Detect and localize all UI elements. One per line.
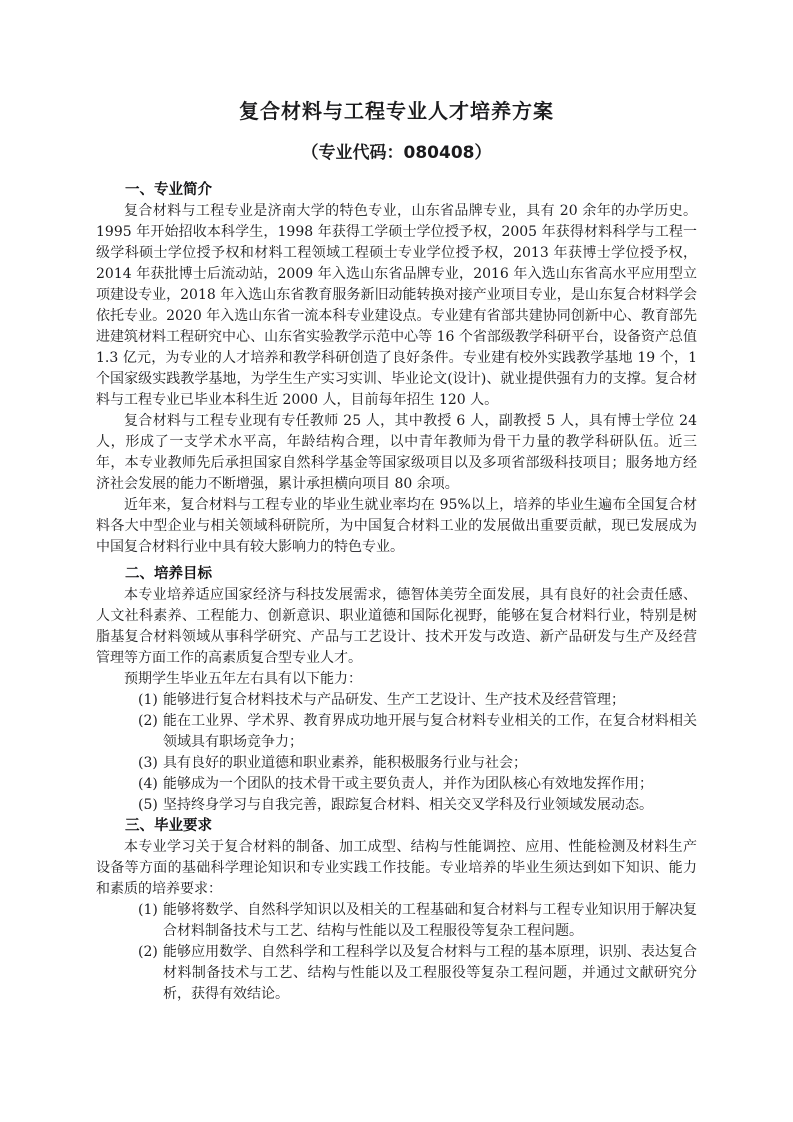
list-item-marker: (1) bbox=[138, 900, 158, 921]
list-item-marker: (2) bbox=[138, 942, 158, 963]
list-item: (5) 坚持终身学习与自我完善，跟踪复合材料、相关交叉学科及行业领域发展动态。 bbox=[96, 795, 697, 816]
section-heading-major-intro: 一、专业简介 bbox=[96, 180, 697, 201]
ability-list: (1) 能够进行复合材料技术与产品研发、生产工艺设计、生产技术及经营管理； (2… bbox=[96, 690, 697, 816]
section-heading-graduation-requirements: 三、毕业要求 bbox=[96, 816, 697, 837]
list-item: (2) 能在工业界、学术界、教育界成功地开展与复合材料专业相关的工作，在复合材料… bbox=[96, 711, 697, 753]
list-item-marker: (1) bbox=[138, 690, 158, 711]
list-item-marker: (5) bbox=[138, 795, 158, 816]
list-item-text: 能够将数学、自然科学知识以及相关的工程基础和复合材料与工程专业知识用于解决复合材… bbox=[163, 902, 697, 939]
paragraph: 本专业培养适应国家经济与科技发展需求，德智体美劳全面发展，具有良好的社会责任感、… bbox=[96, 585, 697, 669]
list-item: (2) 能够应用数学、自然科学和工程科学以及复合材料与工程的基本原理，识别、表达… bbox=[96, 942, 697, 1005]
document-content: 复合材料与工程专业人才培养方案 （专业代码：080408） 一、专业简介 复合材… bbox=[96, 0, 697, 1005]
paragraph: 本专业学习关于复合材料的制备、加工成型、结构与性能调控、应用、性能检测及材料生产… bbox=[96, 837, 697, 900]
paragraph: 复合材料与工程专业现有专任教师 25 人，其中教授 6 人，副教授 5 人，具有… bbox=[96, 411, 697, 495]
paragraph: 近年来，复合材料与工程专业的毕业生就业率均在 95%以上，培养的毕业生遍布全国复… bbox=[96, 495, 697, 558]
requirement-list: (1) 能够将数学、自然科学知识以及相关的工程基础和复合材料与工程专业知识用于解… bbox=[96, 900, 697, 1005]
list-item-text: 能够应用数学、自然科学和工程科学以及复合材料与工程的基本原理，识别、表达复合材料… bbox=[163, 944, 697, 1002]
document-page: 复合材料与工程专业人才培养方案 （专业代码：080408） 一、专业简介 复合材… bbox=[0, 0, 793, 1122]
list-item-text: 能在工业界、学术界、教育界成功地开展与复合材料专业相关的工作，在复合材料相关领域… bbox=[163, 713, 697, 750]
paragraph: 预期学生毕业五年左右具有以下能力： bbox=[96, 669, 697, 690]
list-item-marker: (2) bbox=[138, 711, 158, 732]
list-item: (1) 能够进行复合材料技术与产品研发、生产工艺设计、生产技术及经营管理； bbox=[96, 690, 697, 711]
list-item: (1) 能够将数学、自然科学知识以及相关的工程基础和复合材料与工程专业知识用于解… bbox=[96, 900, 697, 942]
list-item-text: 能够成为一个团队的技术骨干或主要负责人，并作为团队核心有效地发挥作用； bbox=[163, 776, 653, 792]
list-item-marker: (4) bbox=[138, 774, 158, 795]
list-item-marker: (3) bbox=[138, 753, 158, 774]
list-item-text: 能够进行复合材料技术与产品研发、生产工艺设计、生产技术及经营管理； bbox=[163, 692, 625, 708]
section-heading-training-goals: 二、培养目标 bbox=[96, 564, 697, 585]
list-item-text: 具有良好的职业道德和职业素养，能积极服务行业与社会； bbox=[163, 755, 527, 771]
list-item: (3) 具有良好的职业道德和职业素养，能积极服务行业与社会； bbox=[96, 753, 697, 774]
list-item-text: 坚持终身学习与自我完善，跟踪复合材料、相关交叉学科及行业领域发展动态。 bbox=[163, 797, 653, 813]
document-subtitle: （专业代码：080408） bbox=[96, 140, 697, 166]
document-title: 复合材料与工程专业人才培养方案 bbox=[96, 97, 697, 125]
document-body: 一、专业简介 复合材料与工程专业是济南大学的特色专业，山东省品牌专业，具有 20… bbox=[96, 180, 697, 1005]
paragraph: 复合材料与工程专业是济南大学的特色专业，山东省品牌专业，具有 20 余年的办学历… bbox=[96, 201, 697, 411]
list-item: (4) 能够成为一个团队的技术骨干或主要负责人，并作为团队核心有效地发挥作用； bbox=[96, 774, 697, 795]
